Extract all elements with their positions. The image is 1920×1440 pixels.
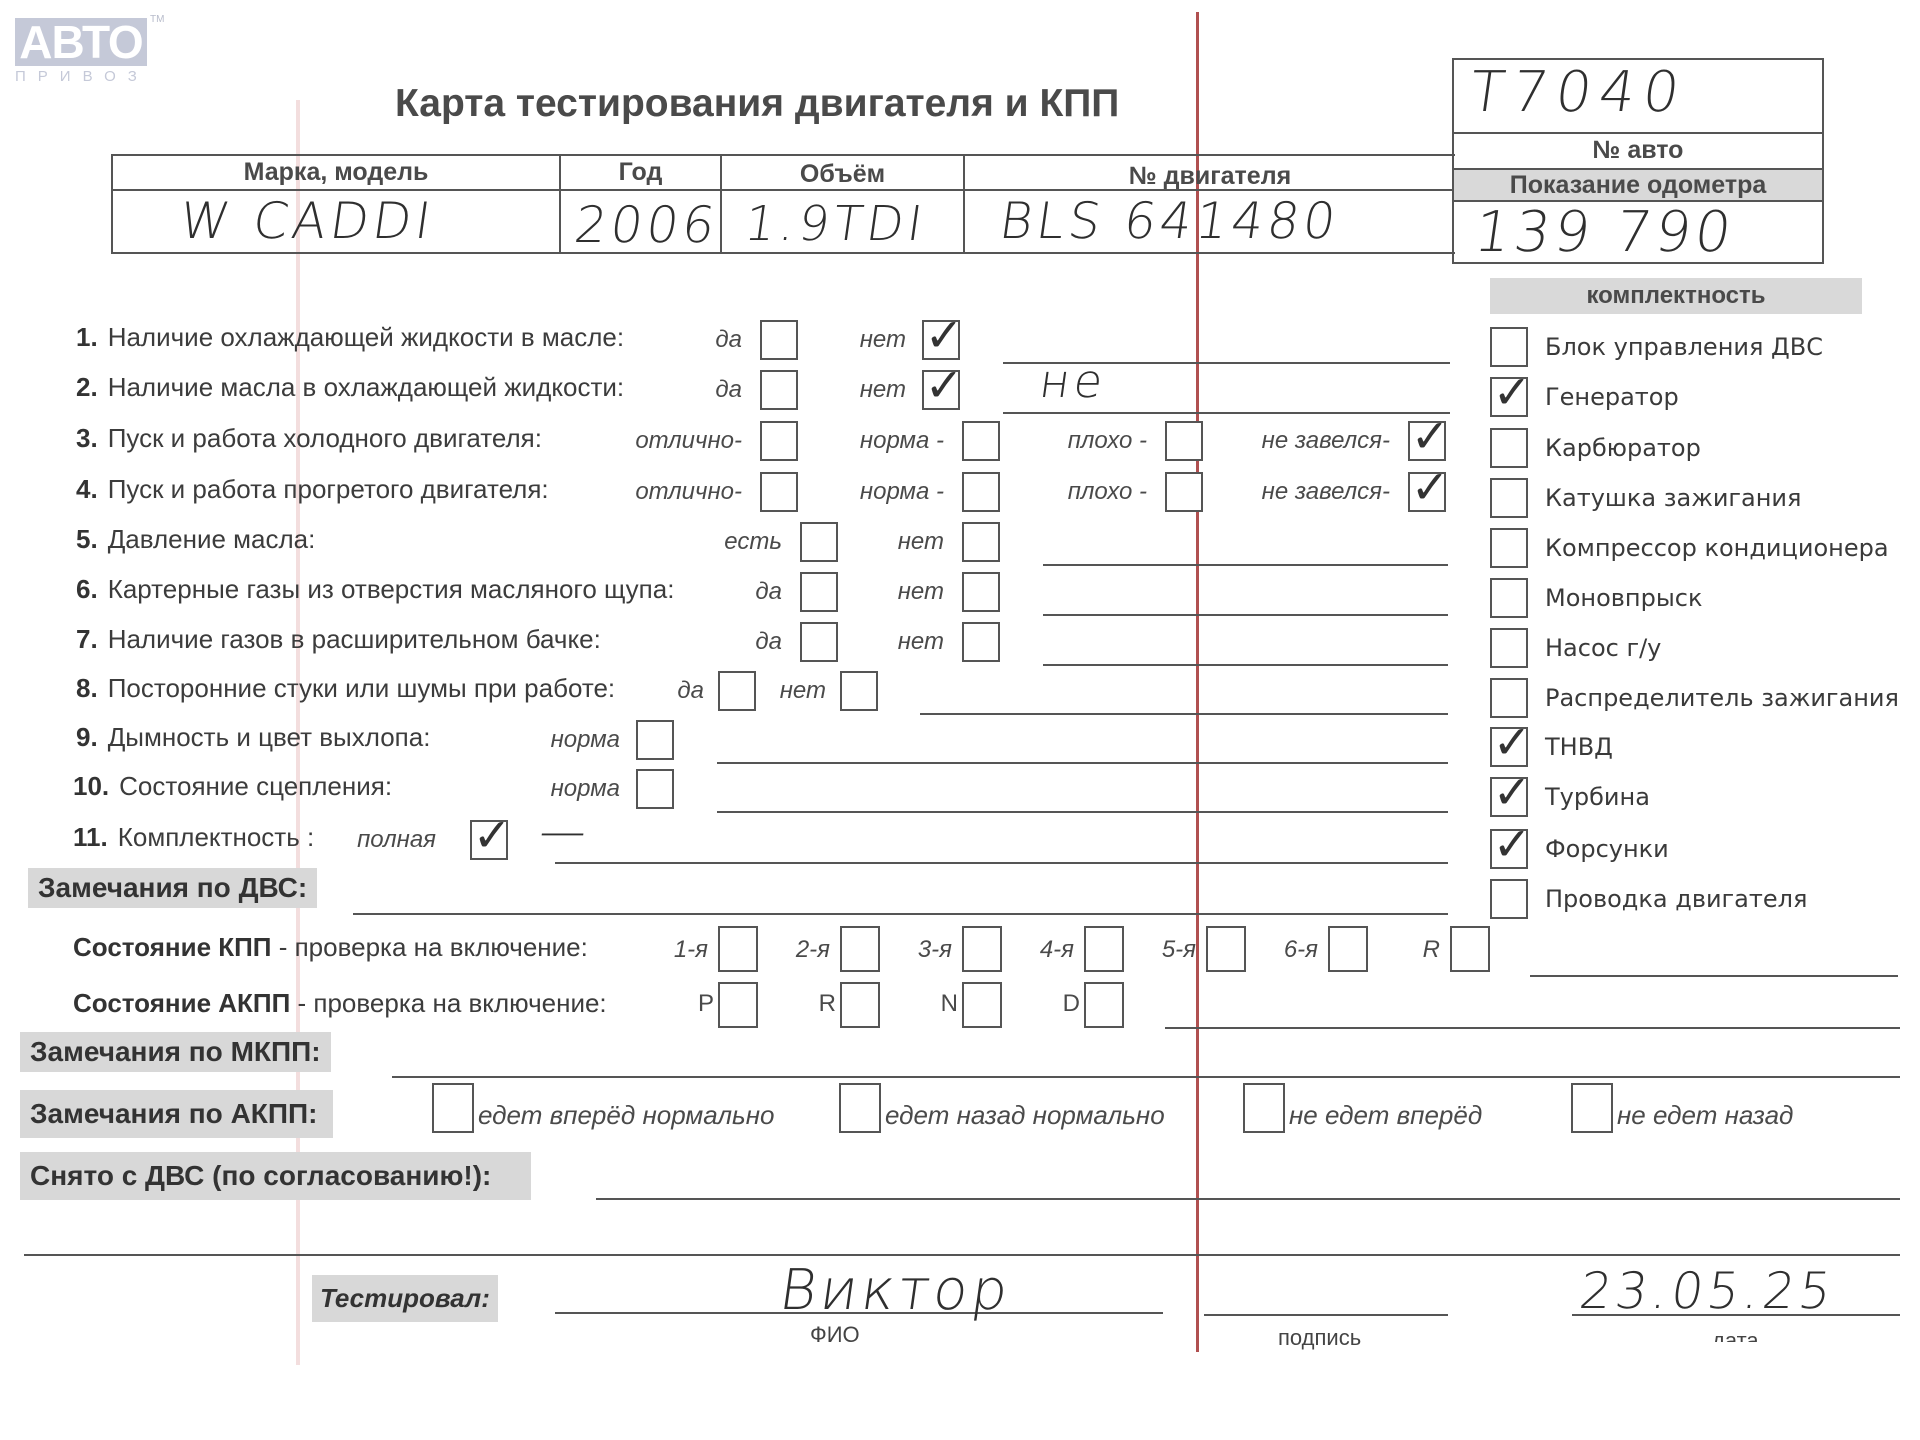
check-mark-icon: ✓ bbox=[1490, 715, 1534, 769]
option-label: норма bbox=[428, 726, 620, 754]
odometer-label: Показание одометра bbox=[1454, 171, 1822, 200]
check-mark-icon: ✓ bbox=[1408, 460, 1452, 514]
option-label: нет bbox=[714, 376, 906, 404]
note-line-2[interactable] bbox=[1003, 412, 1450, 414]
note-line-9[interactable] bbox=[717, 762, 1448, 764]
manual-gear-checkbox-7[interactable]: ✓ bbox=[1450, 926, 1490, 972]
kit-checkbox-10[interactable]: ✓ bbox=[1490, 777, 1528, 817]
checkbox-item8-opt2[interactable]: ✓ bbox=[840, 671, 878, 711]
checkbox-item1-opt2[interactable]: ✓ bbox=[922, 320, 960, 360]
gear-label: 3-я bbox=[852, 936, 952, 964]
kit-item-label: Проводка двигателя bbox=[1545, 885, 1807, 913]
check-mark-icon: ✓ bbox=[1490, 817, 1534, 871]
akpp-option-checkbox-1[interactable]: ✓ bbox=[432, 1083, 474, 1133]
ice-remarks-label: Замечания по ДВС: bbox=[28, 868, 317, 908]
akpp-option-checkbox-3[interactable]: ✓ bbox=[1243, 1083, 1285, 1133]
option-label: нет bbox=[714, 326, 906, 354]
mkpp-remarks-label: Замечания по МКПП: bbox=[20, 1032, 331, 1072]
manual-gearbox-label: Состояние КПП - проверка на включение: bbox=[73, 932, 588, 963]
checklist-item-3: 3.Пуск и работа холодного двигателя: bbox=[76, 423, 542, 454]
check-mark-icon: ✓ bbox=[922, 358, 966, 412]
make-model-value: W CADDI bbox=[176, 192, 438, 250]
kit-checkbox-1[interactable]: ✓ bbox=[1490, 327, 1528, 367]
option-label: норма - bbox=[752, 427, 944, 455]
removed-line[interactable] bbox=[596, 1198, 1900, 1200]
kit-item-label: Турбина bbox=[1545, 783, 1650, 811]
checkbox-item9-opt1[interactable]: ✓ bbox=[636, 720, 674, 760]
option-label: плохо - bbox=[955, 427, 1147, 455]
akpp-remarks-label: Замечания по АКПП: bbox=[20, 1090, 333, 1138]
col-header-volume: Объём bbox=[722, 160, 963, 189]
note-line-5[interactable] bbox=[1043, 564, 1448, 566]
date-caption: дата bbox=[1712, 1328, 1759, 1342]
checkbox-item11-opt1[interactable]: ✓ bbox=[470, 820, 508, 860]
note-line-11[interactable] bbox=[555, 862, 1448, 864]
option-label: отлично- bbox=[550, 427, 742, 455]
kit-checkbox-12[interactable]: ✓ bbox=[1490, 879, 1528, 919]
checkbox-item3-opt4[interactable]: ✓ bbox=[1408, 421, 1446, 461]
checkbox-item7-opt2[interactable]: ✓ bbox=[962, 622, 1000, 662]
akpp-option-label: не едет назад bbox=[1617, 1100, 1793, 1131]
auto-gear-checkbox-4[interactable]: ✓ bbox=[1084, 982, 1124, 1028]
checkbox-item6-opt2[interactable]: ✓ bbox=[962, 572, 1000, 612]
akpp-option-label: едет назад нормально bbox=[885, 1100, 1165, 1131]
akpp-option-label: едет вперёд нормально bbox=[478, 1100, 774, 1131]
auto-gearbox-label: Состояние АКПП - проверка на включение: bbox=[73, 988, 607, 1019]
checkbox-item2-opt2[interactable]: ✓ bbox=[922, 370, 960, 410]
gear-label: 1-я bbox=[608, 936, 708, 964]
kit-checkbox-11[interactable]: ✓ bbox=[1490, 829, 1528, 869]
kit-item-label: Генератор bbox=[1545, 383, 1679, 411]
akpp-option-checkbox-2[interactable]: ✓ bbox=[839, 1083, 881, 1133]
option-label: плохо - bbox=[955, 478, 1147, 506]
gear-label: 2-я bbox=[730, 936, 830, 964]
gear-label: 6-я bbox=[1218, 936, 1318, 964]
kit-item-label: Насос г/у bbox=[1545, 634, 1661, 662]
date-value: 23.05.25 bbox=[1576, 1262, 1839, 1320]
gear-label: R bbox=[730, 990, 836, 1018]
kit-checkbox-7[interactable]: ✓ bbox=[1490, 628, 1528, 668]
note-line-6[interactable] bbox=[1043, 614, 1448, 616]
gear-label: 5-я bbox=[1096, 936, 1196, 964]
kit-item-label: Компрессор кондиционера bbox=[1545, 534, 1889, 562]
akpp-option-checkbox-4[interactable]: ✓ bbox=[1571, 1083, 1613, 1133]
checklist-item-2: 2.Наличие масла в охлаждающей жидкости: bbox=[76, 372, 624, 403]
checkbox-item10-opt1[interactable]: ✓ bbox=[636, 769, 674, 809]
car-number-label: № авто bbox=[1454, 136, 1822, 165]
car-number-value: T7040 bbox=[1465, 60, 1691, 125]
option-label: нет bbox=[752, 528, 944, 556]
checklist-item-4: 4.Пуск и работа прогретого двигателя: bbox=[76, 474, 549, 505]
engine-number-value: BLS 641480 bbox=[996, 192, 1343, 250]
checklist-item-9: 9.Дымность и цвет выхлопа: bbox=[76, 722, 430, 753]
option-label: норма - bbox=[752, 478, 944, 506]
col-header-year: Год bbox=[561, 158, 720, 187]
kit-checkbox-8[interactable]: ✓ bbox=[1490, 678, 1528, 718]
checklist-item-10: 10.Состояние сцепления: bbox=[73, 771, 392, 802]
logo-trademark: TM bbox=[150, 14, 164, 25]
option-label: не завелся- bbox=[1198, 427, 1390, 455]
col-header-engine-number: № двигателя bbox=[965, 162, 1455, 191]
option-label: отлично- bbox=[550, 478, 742, 506]
gear-label: N bbox=[852, 990, 958, 1018]
kit-checkbox-5[interactable]: ✓ bbox=[1490, 528, 1528, 568]
year-value: 2006 bbox=[571, 196, 722, 254]
kit-item-label: Катушка зажигания bbox=[1545, 484, 1801, 512]
check-mark-icon: ✓ bbox=[922, 308, 966, 362]
kit-item-label: Карбюратор bbox=[1545, 434, 1701, 462]
kit-checkbox-3[interactable]: ✓ bbox=[1490, 428, 1528, 468]
kit-item-label: ТНВД bbox=[1545, 733, 1613, 761]
ice-remarks-line[interactable] bbox=[353, 913, 1448, 915]
fio-caption: ФИО bbox=[810, 1322, 860, 1348]
check-mark-icon: ✓ bbox=[1408, 409, 1452, 463]
signature-caption: подпись bbox=[1278, 1325, 1361, 1351]
odometer-value: 139 790 bbox=[1470, 200, 1739, 265]
kit-item-label: Моновпрыск bbox=[1545, 584, 1702, 612]
gear-label: D bbox=[974, 990, 1080, 1018]
kit-checkbox-4[interactable]: ✓ bbox=[1490, 478, 1528, 518]
option-label: норма bbox=[428, 775, 620, 803]
note-line-7[interactable] bbox=[1043, 664, 1448, 666]
checkbox-item4-opt4[interactable]: ✓ bbox=[1408, 472, 1446, 512]
check-mark-icon: ✓ bbox=[470, 808, 514, 862]
mkpp-remarks-line[interactable] bbox=[392, 1076, 1900, 1078]
check-mark-icon: ✓ bbox=[1490, 365, 1534, 419]
gear-label: P bbox=[608, 990, 714, 1018]
kit-item-label: Форсунки bbox=[1545, 835, 1669, 863]
checklist-item-1: 1.Наличие охлаждающей жидкости в масле: bbox=[76, 322, 624, 353]
kit-checkbox-2[interactable]: ✓ bbox=[1490, 377, 1528, 417]
option-label: нет bbox=[752, 578, 944, 606]
akpp-option-label: не едет вперёд bbox=[1289, 1100, 1482, 1131]
handwritten-note-2: не bbox=[1036, 354, 1110, 408]
option-label: нет bbox=[634, 677, 826, 705]
logo-main: АВТО bbox=[15, 18, 147, 66]
page-title: Карта тестирования двигателя и КПП bbox=[395, 82, 1119, 126]
option-label: полная bbox=[244, 826, 436, 854]
gear-label: R bbox=[1340, 936, 1440, 964]
checklist-item-5: 5.Давление масла: bbox=[76, 524, 315, 555]
logo-subtitle: ПРИВОЗ bbox=[15, 68, 150, 85]
checklist-item-6: 6.Картерные газы из отверстия масляного … bbox=[76, 574, 674, 605]
option-label: не завелся- bbox=[1198, 478, 1390, 506]
kit-checkbox-6[interactable]: ✓ bbox=[1490, 578, 1528, 618]
volume-value: 1.9TDI bbox=[741, 196, 930, 252]
note-line-10[interactable] bbox=[717, 811, 1448, 813]
check-mark-icon: ✓ bbox=[1490, 765, 1534, 819]
kit-item-label: Блок управления ДВС bbox=[1545, 333, 1823, 361]
tested-by-label: Тестировал: bbox=[312, 1275, 498, 1322]
checkbox-item5-opt2[interactable]: ✓ bbox=[962, 522, 1000, 562]
kit-checkbox-9[interactable]: ✓ bbox=[1490, 727, 1528, 767]
kit-title: комплектность bbox=[1490, 282, 1862, 310]
checklist-item-7: 7.Наличие газов в расширительном бачке: bbox=[76, 624, 601, 655]
note-line-8[interactable] bbox=[920, 713, 1448, 715]
gear-label: 4-я bbox=[974, 936, 1074, 964]
option-label: нет bbox=[752, 628, 944, 656]
kit-item-label: Распределитель зажигания bbox=[1545, 684, 1899, 712]
col-header-make-model: Марка, модель bbox=[113, 158, 559, 187]
handwritten-note-11: — bbox=[536, 804, 594, 858]
tester-name: Виктор bbox=[775, 1258, 1015, 1323]
removed-label: Снято с ДВС (по согласованию!): bbox=[20, 1152, 531, 1200]
